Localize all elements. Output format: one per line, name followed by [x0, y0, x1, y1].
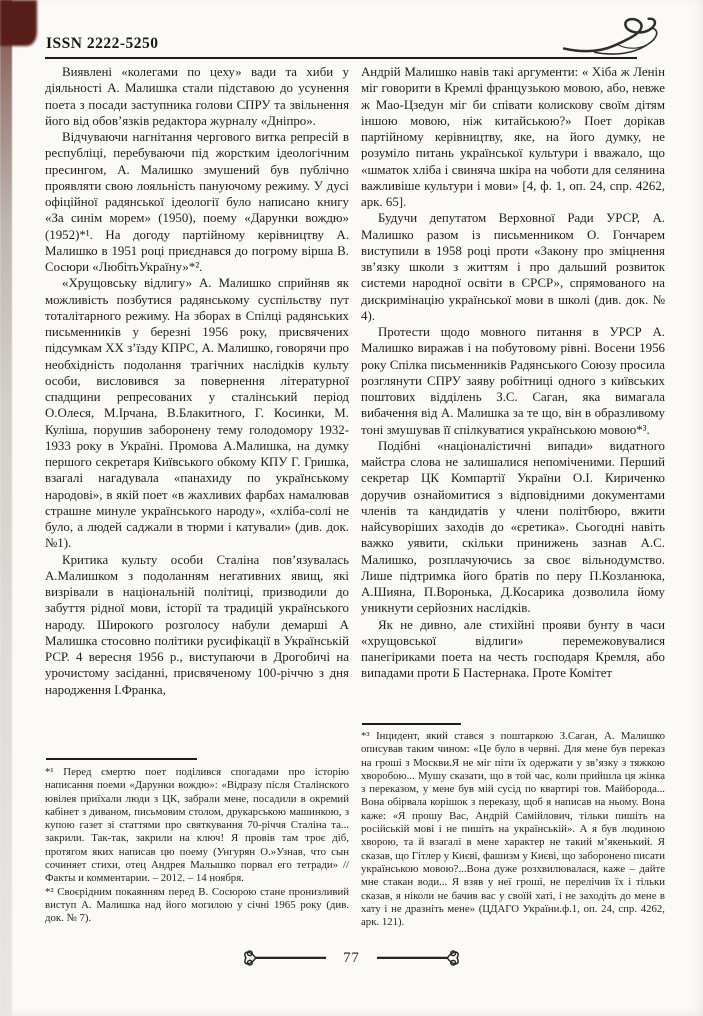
two-column-text: Виявлені «колегами по цеху» вади та хиби…	[45, 64, 665, 954]
page-footer: 77	[0, 947, 703, 969]
paragraph: Виявлені «колегами по цеху» вади та хиби…	[45, 64, 349, 129]
footnote: *¹ Перед смертю поет поділився спогадами…	[45, 766, 349, 886]
footnote-separator	[362, 723, 461, 725]
left-column: Виявлені «колегами по цеху» вади та хиби…	[45, 64, 349, 954]
paragraph: Будучи депутатом Верховної Ради УРСР, А.…	[361, 210, 665, 324]
scanned-page: ISSN 2222-5250 Виявлені «колегами по цех…	[0, 0, 703, 1016]
scan-artifact-corner	[0, 0, 37, 46]
paragraph: «Хрущовську відлигу» А. Малишко сприйняв…	[45, 275, 349, 551]
left-column-body: Виявлені «колегами по цеху» вади та хиби…	[45, 64, 349, 752]
paragraph: Подібні «націоналістичні випади» видатно…	[361, 438, 665, 617]
footnote: *³ Інцидент, який стався з поштаркою З.С…	[361, 730, 665, 929]
footnote-separator	[46, 758, 197, 760]
left-footnotes: *¹ Перед смертю поет поділився спогадами…	[45, 766, 349, 926]
calligraphic-flourish-icon	[561, 14, 669, 62]
page-number: 77	[343, 950, 360, 967]
footnote: *² Своєрідним покаянням перед В. Сосюрою…	[45, 886, 349, 926]
paragraph: Андрій Малишко навів такі аргументи: « Х…	[361, 64, 665, 210]
footer-ornament-right-icon	[376, 947, 460, 969]
right-column-body: Андрій Малишко навів такі аргументи: « Х…	[361, 64, 665, 716]
scan-gutter-shadow	[0, 0, 12, 1016]
header-rule	[45, 57, 637, 59]
paragraph: Як не дивно, але стихійні прояви бунту в…	[361, 617, 665, 682]
right-footnotes: *³ Інцидент, який стався з поштаркою З.С…	[361, 730, 665, 929]
paragraph: Відчуваючи нагнітання чергового витка ре…	[45, 129, 349, 275]
right-column: Андрій Малишко навів такі аргументи: « Х…	[361, 64, 665, 954]
footer-ornament-left-icon	[243, 947, 327, 969]
paragraph: Протести щодо мовного питання в УРСР А. …	[361, 324, 665, 438]
issn-label: ISSN 2222-5250	[46, 35, 159, 53]
paragraph: Критика культу особи Сталіна пов’язувала…	[45, 552, 349, 698]
